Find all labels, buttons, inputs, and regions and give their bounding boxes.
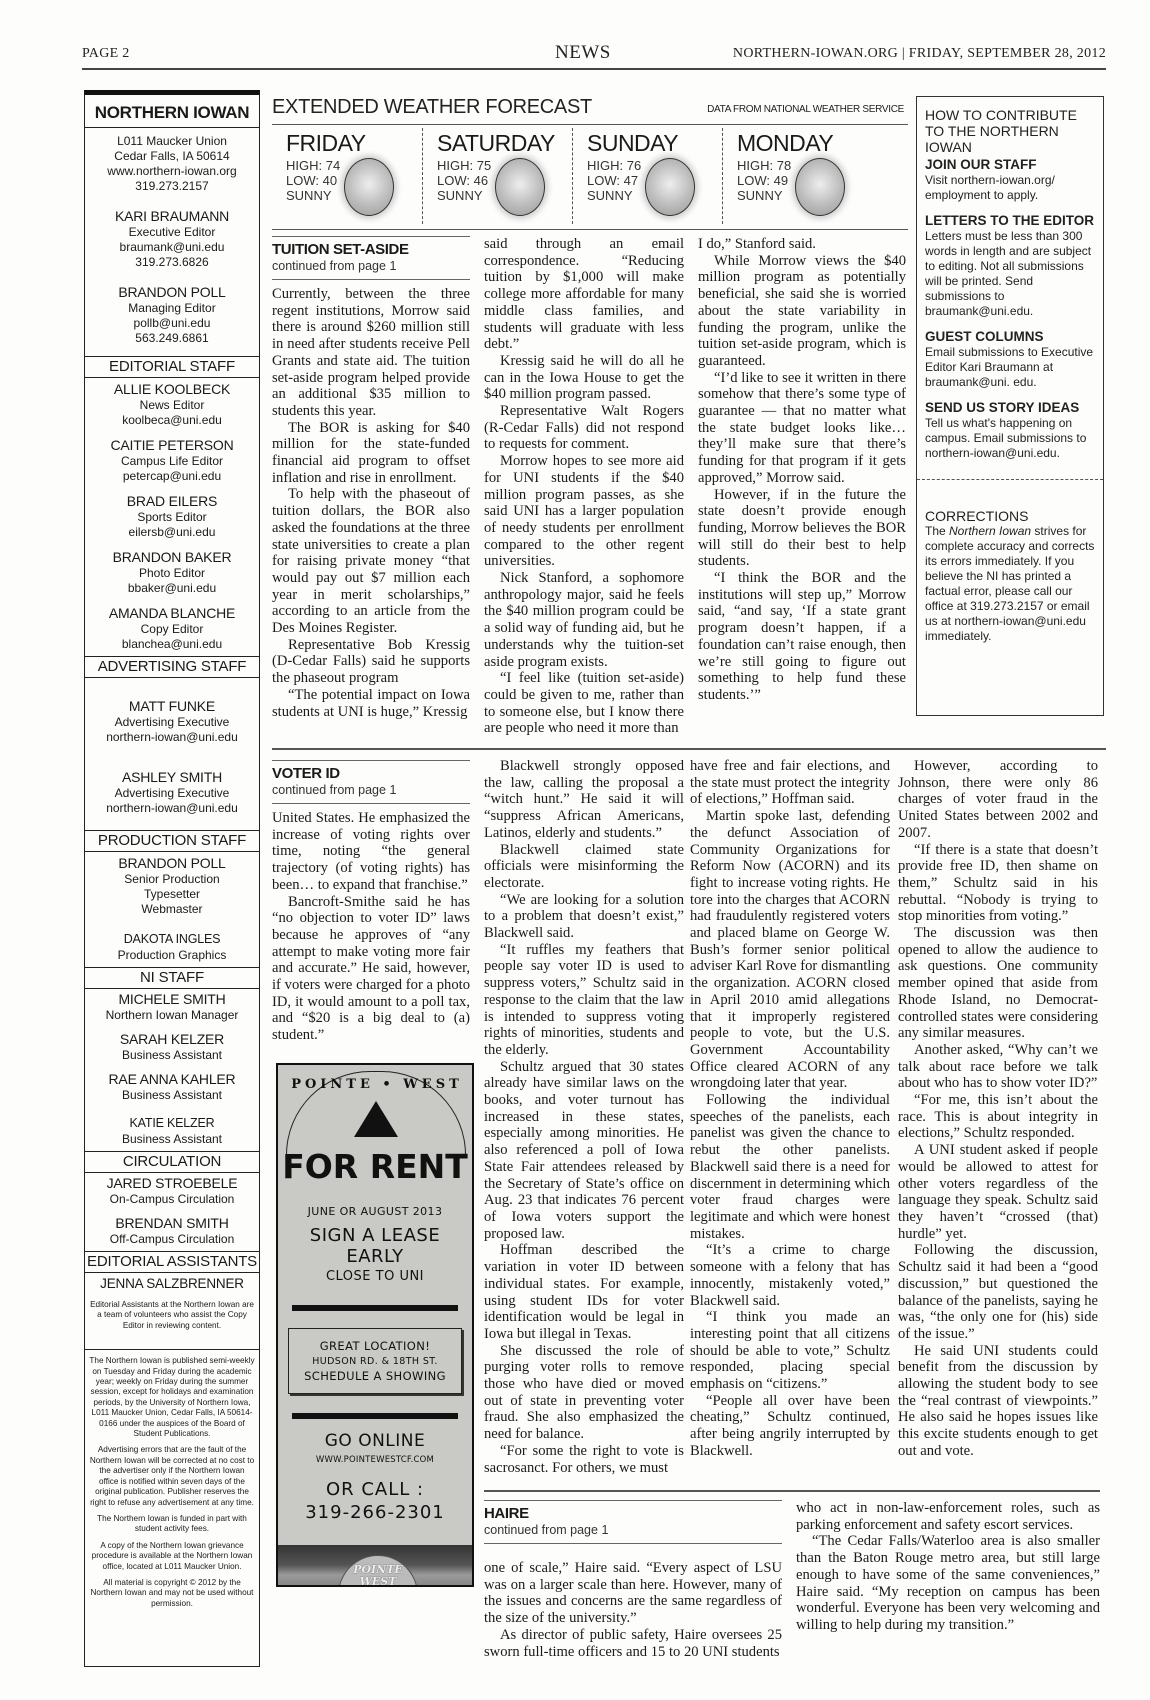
continued-note: continued from page 1 bbox=[272, 783, 470, 798]
weather-forecast: EXTENDED WEATHER FORECAST DATA FROM NATI… bbox=[272, 96, 908, 234]
article-column: I do,” Stanford said. While Morrow views… bbox=[698, 236, 906, 704]
email-link[interactable]: northern-iowan@uni.edu bbox=[85, 730, 259, 745]
publication-name: NORTHERN IOWAN bbox=[85, 95, 259, 128]
email-link[interactable]: blanchea@uni.edu bbox=[85, 637, 259, 652]
staff-person: CAITIE PETERSON Campus Life Editor peter… bbox=[85, 437, 259, 484]
email-link[interactable]: eilersb@uni.edu bbox=[85, 525, 259, 540]
crown-icon bbox=[354, 1101, 398, 1137]
email-link[interactable]: koolbeca@uni.edu bbox=[85, 413, 259, 428]
continued-note: continued from page 1 bbox=[484, 1523, 782, 1538]
section-divider bbox=[484, 1490, 1100, 1492]
ad-phone: 319-266-2301 bbox=[278, 1502, 472, 1523]
header-rule bbox=[82, 68, 1106, 70]
article-column: one of scale,” Haire said. “Every aspect… bbox=[484, 1560, 782, 1660]
staff-person: BRANDON POLL Senior Production Typesette… bbox=[85, 855, 259, 917]
staff-section-editorial-assistants: EDITORIAL ASSISTANTS bbox=[85, 1251, 259, 1273]
sun-icon bbox=[495, 158, 545, 216]
ad-headline: FOR RENT bbox=[278, 1147, 472, 1186]
contribute-box: HOW TO CONTRIBUTE TO THE NORTHERN IOWAN … bbox=[916, 96, 1104, 716]
page-number: PAGE 2 bbox=[82, 46, 130, 62]
staff-section-production: PRODUCTION STAFF bbox=[85, 830, 259, 852]
article-kicker: VOTER ID bbox=[272, 765, 470, 783]
location-box: GREAT LOCATION! HUDSON RD. & 18TH ST. SC… bbox=[288, 1328, 462, 1394]
email-link[interactable]: petercap@uni.edu bbox=[85, 469, 259, 484]
forecast-day: FRIDAY HIGH: 74 LOW: 40 SUNNY bbox=[272, 128, 422, 224]
article-kicker: HAIRE bbox=[484, 1505, 782, 1523]
staff-person: ASHLEY SMITH Advertising Executive north… bbox=[85, 769, 259, 816]
website-link[interactable]: www.northern-iowan.org bbox=[85, 164, 259, 179]
staff-person: JARED STROEBELE On-Campus Circulation bbox=[85, 1175, 259, 1207]
email-link[interactable]: bbaker@uni.edu bbox=[85, 581, 259, 596]
section-divider bbox=[272, 748, 1106, 750]
sun-icon bbox=[795, 158, 845, 216]
fine-print: The Northern Iowan is published semi-wee… bbox=[85, 1356, 259, 1609]
sun-icon bbox=[645, 158, 695, 216]
corrections-title: CORRECTIONS bbox=[925, 508, 1095, 524]
staff-person: MICHELE SMITH Northern Iowan Manager bbox=[85, 991, 259, 1023]
contribute-title: HOW TO CONTRIBUTE TO THE NORTHERN IOWAN bbox=[925, 107, 1095, 155]
staff-person: BRAD EILERS Sports Editor eilersb@uni.ed… bbox=[85, 493, 259, 540]
publication-address: L011 Maucker Union Cedar Falls, IA 50614… bbox=[85, 128, 259, 194]
pointe-west-ad[interactable]: POINTE • WEST FOR RENT JUNE OR AUGUST 20… bbox=[276, 1063, 474, 1587]
staff-person: ALLIE KOOLBECK News Editor koolbeca@uni.… bbox=[85, 381, 259, 428]
staff-box: NORTHERN IOWAN L011 Maucker Union Cedar … bbox=[84, 90, 260, 1667]
article-kicker: TUITION SET-ASIDE bbox=[272, 241, 470, 259]
staff-section-advertising: ADVERTISING STAFF bbox=[85, 656, 259, 678]
weather-source: DATA FROM NATIONAL WEATHER SERVICE bbox=[707, 104, 904, 115]
staff-person: MATT FUNKE Advertising Executive norther… bbox=[85, 698, 259, 745]
sun-icon bbox=[344, 158, 394, 216]
staff-person: DAKOTA INGLES Production Graphics bbox=[85, 931, 259, 963]
article-column: United States. He emphasized the increas… bbox=[272, 810, 470, 1044]
section-title: NEWS bbox=[555, 42, 611, 64]
divider bbox=[292, 1305, 458, 1311]
weather-title: EXTENDED WEATHER FORECAST bbox=[272, 96, 592, 119]
staff-person: BRENDAN SMITH Off-Campus Circulation bbox=[85, 1215, 259, 1247]
article-column: have free and fair elections, and the st… bbox=[690, 758, 890, 1460]
divider bbox=[292, 1413, 458, 1419]
article-column: However, according to Johnson, there wer… bbox=[898, 758, 1098, 1460]
article-column: Blackwell strongly opposed the law, call… bbox=[484, 758, 684, 1476]
staff-person: SARAH KELZER Business Assistant bbox=[85, 1031, 259, 1063]
staff-person: KARI BRAUMANN Executive Editor braumank@… bbox=[85, 208, 259, 270]
article-column: who act in non-law-enforcement roles, su… bbox=[796, 1500, 1100, 1634]
forecast-day: MONDAY HIGH: 78 LOW: 49 SUNNY bbox=[722, 128, 908, 224]
divider bbox=[272, 229, 908, 230]
corrections-text: The Northern Iowan strives for complete … bbox=[925, 524, 1095, 644]
ad-url[interactable]: WWW.POINTEWESTCF.COM bbox=[278, 1455, 472, 1465]
staff-person: AMANDA BLANCHE Copy Editor blanchea@uni.… bbox=[85, 605, 259, 652]
forecast-day: SUNDAY HIGH: 76 LOW: 47 SUNNY bbox=[572, 128, 722, 224]
forecast-day: SATURDAY HIGH: 75 LOW: 46 SUNNY bbox=[422, 128, 572, 224]
ad-brand: POINTE • WEST bbox=[278, 1077, 474, 1092]
email-link[interactable]: northern-iowan@uni.edu bbox=[85, 801, 259, 816]
staff-person: JENNA SALZBRENNER bbox=[85, 1275, 259, 1292]
staff-person: BRANDON BAKER Photo Editor bbaker@uni.ed… bbox=[85, 549, 259, 596]
site-and-date: NORTHERN-IOWAN.ORG | FRIDAY, SEPTEMBER 2… bbox=[733, 46, 1106, 62]
staff-section-ni: NI STAFF bbox=[85, 967, 259, 989]
email-link[interactable]: pollb@uni.edu bbox=[85, 316, 259, 331]
staff-section-editorial: EDITORIAL STAFF bbox=[85, 356, 259, 378]
assistants-note: Editorial Assistants at the Northern Iow… bbox=[85, 1300, 259, 1331]
staff-person: RAE ANNA KAHLER Business Assistant bbox=[85, 1071, 259, 1103]
email-link[interactable]: braumank@uni.edu bbox=[85, 240, 259, 255]
divider bbox=[85, 1349, 259, 1350]
continued-note: continued from page 1 bbox=[272, 259, 470, 274]
article-header-haire: HAIRE continued from page 1 bbox=[484, 1500, 782, 1544]
dashed-divider bbox=[917, 479, 1103, 480]
article-header-tuition: TUITION SET-ASIDE continued from page 1 bbox=[272, 236, 470, 280]
divider bbox=[272, 124, 908, 125]
staff-section-circulation: CIRCULATION bbox=[85, 1151, 259, 1173]
staff-person: KATIE KELZER Business Assistant bbox=[85, 1115, 259, 1147]
article-column: Currently, between the three regent inst… bbox=[272, 286, 470, 720]
staff-person: BRANDON POLL Managing Editor pollb@uni.e… bbox=[85, 284, 259, 346]
article-column: said through an email correspondence. “R… bbox=[484, 236, 684, 737]
article-header-voter-id: VOTER ID continued from page 1 bbox=[272, 760, 470, 804]
